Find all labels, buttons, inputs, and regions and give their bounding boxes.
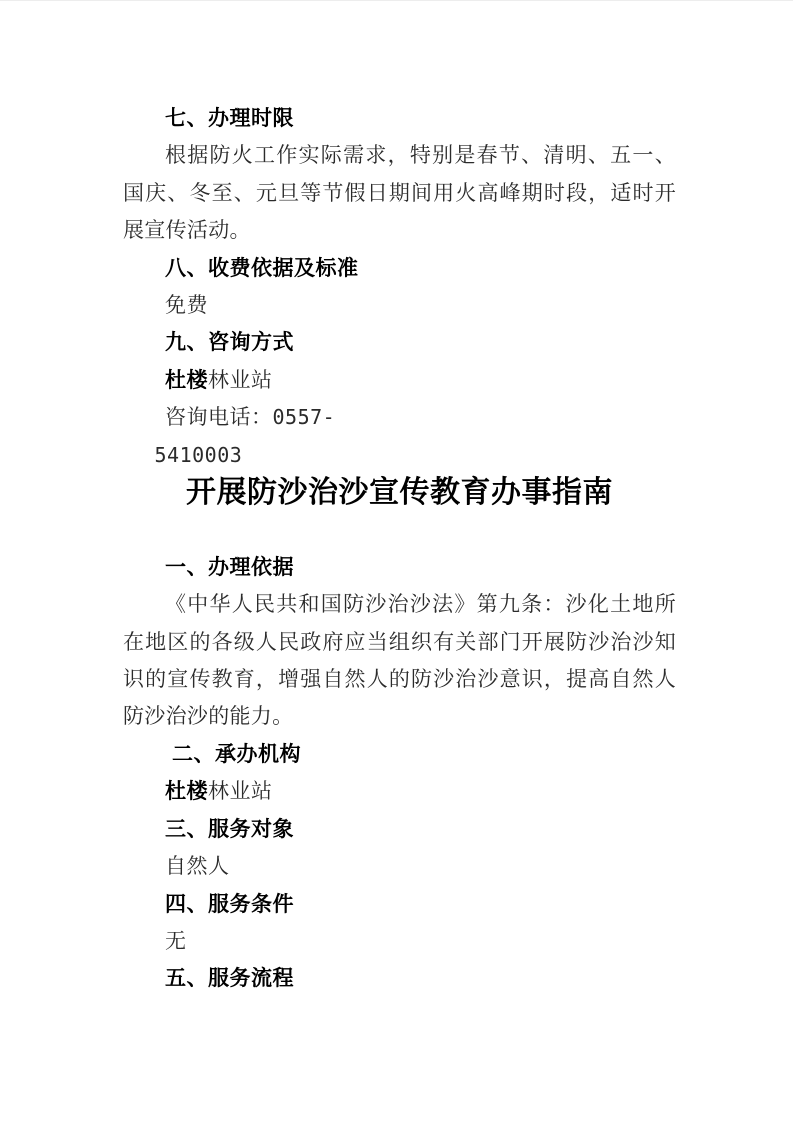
phone-number-part1: 0557- [273, 405, 336, 429]
heading-service-target: 三、服务对象 [123, 811, 676, 848]
heading-service-conditions: 四、服务条件 [123, 886, 676, 923]
text-fee-free: 免费 [123, 287, 676, 324]
heading-undertaking-agency: 二、承办机构 [123, 736, 676, 773]
text-service-conditions: 无 [123, 923, 676, 960]
heading-service-process: 五、服务流程 [123, 960, 676, 997]
phone-label: 咨询电话： [165, 405, 273, 429]
text-phone-line1: 咨询电话：0557- [123, 399, 676, 436]
heading-consultation-method: 九、咨询方式 [123, 324, 676, 361]
phone-number-part2: 5410003 [155, 443, 243, 467]
paragraph-processing-time-limit: 根据防火工作实际需求，特别是春节、清明、五一、国庆、冬至、元旦等节假日期间用火高… [123, 137, 676, 249]
agency-name-suffix: 林业站 [208, 368, 273, 392]
text-phone-line2: 5410003 [123, 437, 676, 474]
blank-line [123, 511, 676, 548]
agency-name-bold: 杜楼 [165, 369, 208, 392]
agency-name-bold-2: 杜楼 [165, 780, 208, 803]
paragraph-legal-basis: 《中华人民共和国防沙治沙法》第九条：沙化土地所在地区的各级人民政府应当组织有关部… [123, 586, 676, 736]
text-consultation-agency: 杜楼林业站 [123, 362, 676, 399]
heading-processing-time-limit: 七、办理时限 [123, 100, 676, 137]
document-page: 七、办理时限 根据防火工作实际需求，特别是春节、清明、五一、国庆、冬至、元旦等节… [0, 0, 793, 1122]
document-title: 开展防沙治沙宣传教育办事指南 [123, 474, 676, 511]
heading-fee-basis-standard: 八、收费依据及标准 [123, 250, 676, 287]
document-content: 七、办理时限 根据防火工作实际需求，特别是春节、清明、五一、国庆、冬至、元旦等节… [123, 100, 676, 998]
text-service-target: 自然人 [123, 848, 676, 885]
heading-handling-basis: 一、办理依据 [123, 549, 676, 586]
text-undertaking-agency: 杜楼林业站 [123, 773, 676, 810]
agency-name-suffix-2: 林业站 [208, 779, 273, 803]
